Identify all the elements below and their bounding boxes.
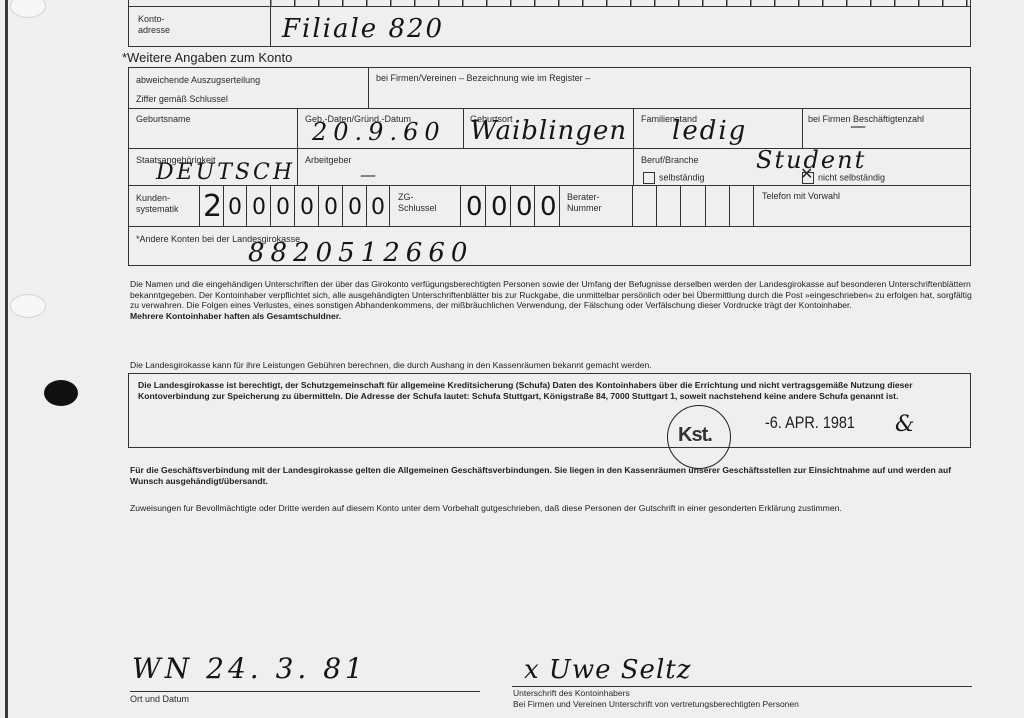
authorized-signatory-label: Bei Firmen und Vereinen Unterschrift von… xyxy=(513,699,799,709)
not-self-employed-checkbox[interactable]: ✕ xyxy=(802,172,814,184)
zg-key-field[interactable]: 0 0 0 0 xyxy=(460,185,560,227)
section-title: *Weitere Angaben zum Konto xyxy=(122,50,292,65)
employer-label: Arbeitgeber xyxy=(305,155,352,165)
account-holder-signature-field[interactable]: x Uwe Seltz xyxy=(524,655,691,685)
signature-terms-paragraph: Die Namen und die eingehändigen Untersch… xyxy=(130,279,972,321)
joint-liability-text: Mehrere Kontoinhaber haften als Gesamtsc… xyxy=(130,311,341,321)
digit-divider xyxy=(223,185,224,227)
marital-status-field[interactable]: ledig xyxy=(672,116,747,146)
phone-label: Telefon mit Vorwahl xyxy=(762,191,840,201)
third-party-credits-paragraph: Zuweisungen fur Bevollmächtigte oder Dri… xyxy=(130,503,972,514)
stamp-text: Kst. xyxy=(678,424,712,447)
digit-divider xyxy=(460,185,461,227)
signature-terms-text: Die Namen und die eingehändigen Untersch… xyxy=(130,279,972,310)
clerk-initials: & xyxy=(895,412,917,437)
divider xyxy=(463,108,464,149)
digit-divider xyxy=(680,185,681,227)
stamp-date: -6. APR. 1981 xyxy=(765,413,855,433)
self-employed-label: selbständig xyxy=(659,172,705,182)
digit-divider xyxy=(294,185,295,227)
customer-digit: 0 xyxy=(228,195,242,220)
customer-digit: 0 xyxy=(348,195,362,220)
digit-divider xyxy=(485,185,486,227)
digit-divider xyxy=(705,185,706,227)
account-address-label-line1: Konto- xyxy=(138,14,170,25)
zg-digit: 0 xyxy=(466,192,483,222)
digit-divider xyxy=(510,185,511,227)
digit-divider xyxy=(656,185,657,227)
zg-key-label-line1: ZG- xyxy=(398,192,437,203)
digit-divider xyxy=(199,185,200,227)
schufa-consent-text: Die Landesgirokasse ist berechtigt, der … xyxy=(138,380,958,401)
place-date-field[interactable]: WN 24. 3. 81 xyxy=(132,652,367,685)
nationality-field[interactable]: DEUTSCH xyxy=(156,160,295,185)
phone-field[interactable] xyxy=(762,204,967,224)
zg-digit: 0 xyxy=(491,192,508,222)
account-address-row xyxy=(128,6,971,47)
office-stamp: Kst. xyxy=(667,405,731,469)
digit-divider xyxy=(753,185,754,227)
digit-divider xyxy=(632,185,633,227)
company-name-label: bei Firmen/Vereinen – Bezeichnung wie im… xyxy=(376,73,590,83)
customer-digit: 0 xyxy=(300,195,314,220)
zg-digit: 0 xyxy=(516,192,533,222)
zg-key-label: ZG- Schlussel xyxy=(398,192,437,214)
customer-digit: 2 xyxy=(203,189,222,224)
digit-divider xyxy=(270,185,271,227)
zg-digit: 0 xyxy=(540,192,557,222)
ink-blot xyxy=(44,380,78,406)
digit-divider xyxy=(559,185,560,227)
place-date-line xyxy=(130,691,480,692)
company-name-field[interactable] xyxy=(376,86,966,106)
statement-label: abweichende Auszugserteilung xyxy=(136,75,260,85)
customer-digit: 0 xyxy=(252,195,266,220)
birth-place-field[interactable]: Waiblingen xyxy=(470,116,627,146)
advisor-number-label-line2: Nummer xyxy=(567,203,602,214)
not-self-employed-option[interactable]: ✕nicht selbständig xyxy=(802,172,885,184)
digit-divider xyxy=(534,185,535,227)
customer-digit: 0 xyxy=(371,195,385,220)
not-self-employed-label: nicht selbständig xyxy=(818,172,885,182)
advisor-number-field[interactable] xyxy=(632,185,754,227)
self-employed-checkbox[interactable] xyxy=(643,172,655,184)
account-address-label-line2: adresse xyxy=(138,25,170,36)
punch-hole-middle xyxy=(10,294,46,318)
general-terms-paragraph: Für die Geschäftsverbindung mit der Land… xyxy=(130,465,972,486)
self-employed-option[interactable]: selbständig xyxy=(643,172,705,184)
employer-field[interactable]: — xyxy=(360,165,378,184)
advisor-number-label-line1: Berater- xyxy=(567,192,602,203)
statement-key-label: Ziffer gemäß Schlussel xyxy=(136,94,228,104)
employee-count-field[interactable]: — xyxy=(850,116,868,135)
advisor-number-label: Berater- Nummer xyxy=(567,192,602,214)
birth-date-field[interactable]: 20.9.60 xyxy=(312,118,446,146)
digit-divider xyxy=(729,185,730,227)
checkmark-x-icon: ✕ xyxy=(800,167,813,183)
divider xyxy=(368,67,369,109)
signature-line xyxy=(512,686,972,687)
customer-digit: 0 xyxy=(324,195,338,220)
place-date-label: Ort und Datum xyxy=(130,694,189,704)
account-address-label: Konto- adresse xyxy=(138,14,170,36)
digit-divider xyxy=(246,185,247,227)
fees-paragraph: Die Landesgirokasse kann für ihre Leistu… xyxy=(130,360,972,371)
digit-divider xyxy=(366,185,367,227)
profession-label: Beruf/Branche xyxy=(641,155,699,165)
customer-digit: 0 xyxy=(276,195,290,220)
customer-code-label-line2: systematik xyxy=(136,204,179,215)
divider xyxy=(802,108,803,149)
digit-divider xyxy=(342,185,343,227)
punch-hole-top xyxy=(10,0,46,18)
zg-key-label-line2: Schlussel xyxy=(398,203,437,214)
customer-code-label: Kunden- systematik xyxy=(136,193,179,215)
customer-code-field[interactable]: 2 0 0 0 0 0 0 0 xyxy=(199,185,390,227)
digit-divider xyxy=(318,185,319,227)
account-holder-label: Unterschrift des Kontoinhabers xyxy=(513,688,630,698)
customer-code-label-line1: Kunden- xyxy=(136,193,179,204)
other-accounts-field[interactable]: 8820512660 xyxy=(248,238,473,268)
birth-name-label: Geburtsname xyxy=(136,114,191,124)
page-margin-line xyxy=(5,0,8,718)
birth-name-field[interactable] xyxy=(136,126,291,146)
divider xyxy=(270,6,271,47)
account-address-field[interactable]: Filiale 820 xyxy=(282,14,444,44)
